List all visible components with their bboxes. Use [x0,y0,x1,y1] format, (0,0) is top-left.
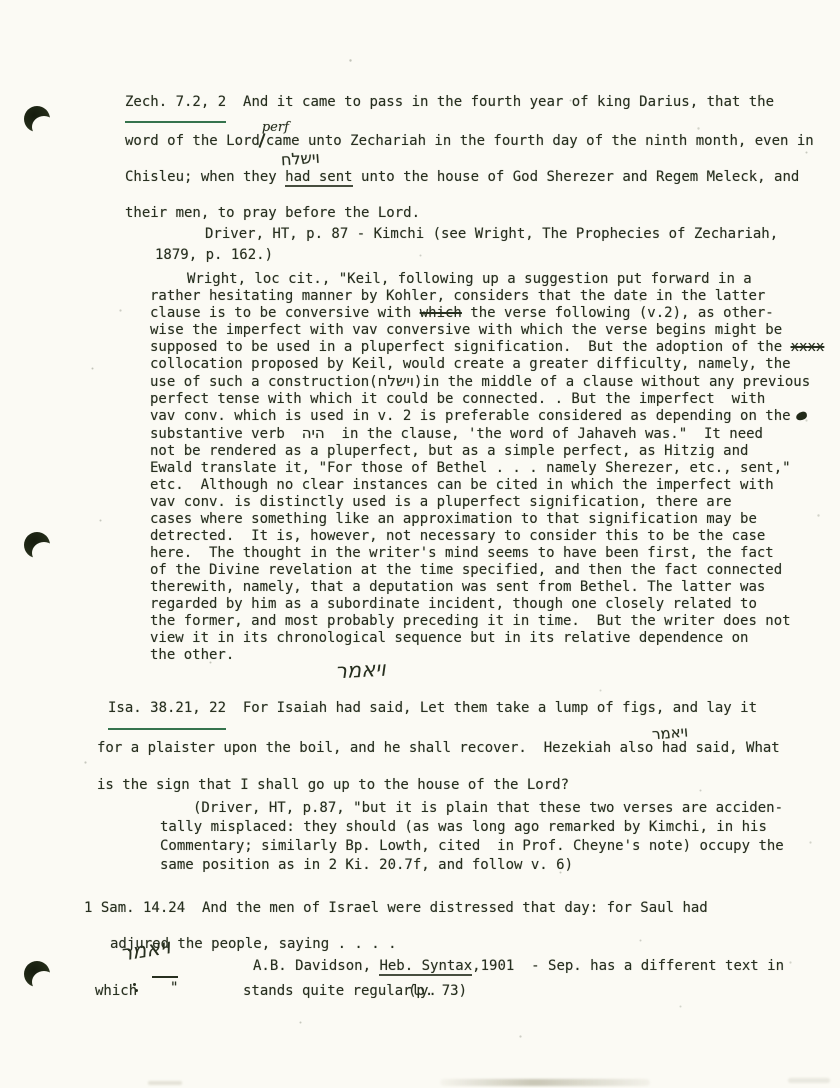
text-line: rather hesitating manner by Kohler, cons… [150,288,824,305]
text-line: Chisleu; when they וישלחhad sent unto th… [125,159,814,195]
insertion-point: perf [260,123,266,159]
text-line: Zech. 7.2, 2 And it came to pass in the … [125,84,814,123]
isaiah-quote-section: Isa. 38.21, 22 For Isaiah had said, Let … [97,690,780,804]
hole-punch-middle [24,532,50,558]
text-line: etc. Although no clear instances can be … [150,477,824,494]
quote-text: substantive verb [150,426,302,442]
handwritten-perf-annotation: perf [262,110,289,146]
verse-text: unto the house of God Sherezer and Regem… [353,169,800,185]
text-line: of the Divine revelation at the time spe… [150,562,824,579]
text-line: (Driver, HT, p.87, "but it is plain that… [160,799,784,818]
text-line: Ewald translate it, "For those of Bethel… [150,460,824,477]
text-line: adjured the people, saying . . . . [84,926,708,962]
hebrew-inline-hayah: היה [302,424,325,442]
text-line: view it in its chronological sequence bu… [150,630,824,647]
text-line: regarded by him as a subordinate inciden… [150,596,824,613]
hebrew-annotation-wayomer-above-isaiah: ויאמר [334,657,386,684]
quote-text: supposed to be used in a pluperfect sign… [150,339,791,355]
text-line: for a plaister upon the boil, and he sha… [97,730,780,767]
davidson-citation: A.B. Davidson, Heb. Syntax,1901 - Sep. h… [253,958,784,974]
text-line: clause is to be conversive with which th… [150,305,824,322]
text-line: same position as in 2 Ki. 20.7f, and fol… [160,856,784,875]
ditto-mark: " [170,980,178,996]
quote-text: the verse following (v.2), as other- [462,305,774,321]
verse-text: for a plaister upon the boil, and he sha… [97,740,662,756]
text-line: therewith, namely, that a deputation was… [150,579,824,596]
text-line: 1879, p. 162.) [155,245,778,266]
text-line: wise the imperfect with vav conversive w… [150,322,824,339]
verse-text: word of the Lord [125,133,260,149]
verse-text: And it came to pass in the fourth year o… [226,94,774,110]
citation-word-which: which [95,983,137,999]
quote-text: use of such a construction( [150,374,378,390]
scan-smudge [440,1079,650,1086]
text-line: use of such a construction(וישלח)in the … [150,373,824,391]
text-line: Commentary; similarly Bp. Lowth, cited i… [160,837,784,856]
struck-out-word: which [420,305,462,321]
text-line: Wright, loc cit., "Keil, following up a … [150,271,824,288]
ink-blot-mark [795,411,807,421]
scanned-document-page: Zech. 7.2, 2 And it came to pass in the … [0,0,840,1088]
citation-text: A.B. Davidson, [253,958,379,974]
quote-text: vav conv. which is used in v. 2 is prefe… [150,408,791,424]
text-line: here. The thought in the writer's mind s… [150,545,824,562]
hebrew-annotation-wayyishlach: וישלח [280,140,321,179]
scan-smudge [788,1078,830,1083]
hebrew-inline-wayyishlach: וישלח [378,372,414,390]
text-line: the other. [150,647,824,664]
text-line: supposed to be used in a pluperfect sign… [150,339,824,356]
zechariah-quote-section: Zech. 7.2, 2 And it came to pass in the … [125,84,814,231]
text-line: vav conv. is distinctly used is a pluper… [150,494,824,511]
hole-punch-top [24,106,50,132]
text-line: cases where something like an approximat… [150,511,824,528]
driver-citation: Driver, HT, p. 87 - Kimchi (see Wright, … [155,224,778,266]
text-line: collocation proposed by Keil, would crea… [150,356,824,373]
annotated-phrase: וישלחhad sent [285,159,352,195]
scan-smudge [148,1081,182,1085]
isa-reference: Isa. 38.21, 22 [108,690,226,730]
wright-quotation-block: Wright, loc cit., "Keil, following up a … [150,271,824,664]
samuel-quote-section: 1 Sam. 14.24 And the men of Israel were … [84,890,708,962]
quote-text: )in the middle of a clause without any p… [414,374,810,390]
text-line: perfect tense with which it could be con… [150,391,824,408]
text-line: word of the Lordperfcame unto Zechariah … [125,123,814,159]
citation-page-number: (p. 73) [408,983,467,999]
zech-reference: Zech. 7.2, 2 [125,84,226,123]
quote-text: in the clause, 'the word of Jahaveh was.… [325,426,763,442]
quote-text: clause is to be conversive with [150,305,420,321]
text-line: not be rendered as a pluperfect, but as … [150,443,824,460]
text-line: the former, and most probably preceding … [150,613,824,630]
handwritten-underline [152,976,178,978]
hebrew-annotation-wayomer: ויאמר [650,713,689,753]
driver-parenthetical-note: (Driver, HT, p.87, "but it is plain that… [160,799,784,875]
annotated-phrase: ויאמרhad said, What [662,730,780,767]
photocopy-speckles [0,0,1,1]
text-line: Driver, HT, p. 87 - Kimchi (see Wright, … [155,224,778,245]
text-line: 1 Sam. 14.24 And the men of Israel were … [84,890,708,926]
text-line: tally misplaced: they should (as was lon… [160,818,784,837]
underlined-book-title: Heb. Syntax [379,958,472,976]
struck-out-word: xxxx [791,339,825,355]
hole-punch-bottom [24,961,50,987]
text-line: substantive verb היה in the clause, 'the… [150,425,824,443]
verse-text: Chisleu; when they [125,169,285,185]
verse-text: came unto Zechariah in the fourth day of… [266,133,814,149]
text-line: vav conv. which is used in v. 2 is prefe… [150,408,824,425]
citation-text: ,1901 - Sep. has a different text in [472,958,784,974]
text-line: detrected. It is, however, not necessary… [150,528,824,545]
verse-text: their men, to pray before the Lord. [125,205,420,221]
